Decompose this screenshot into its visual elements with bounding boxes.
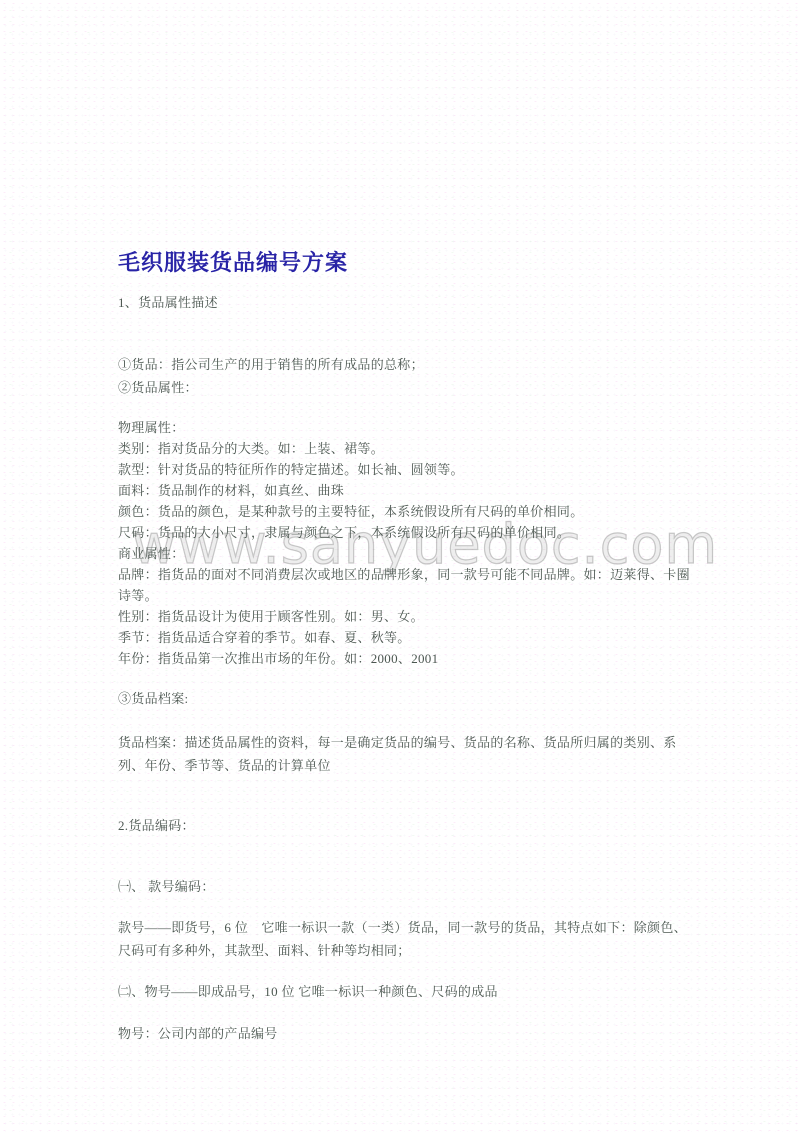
section-heading-product-attributes: 1、货品属性描述 (118, 292, 698, 313)
doc-line-gender: 性别：指货品设计为使用于顾客性别。如：男、女。 (118, 606, 698, 627)
doc-paragraph-style-number: 款号——即货号，6 位 它唯一标识一款（一类）货品，同一款号的货品，其特点如下：… (118, 916, 698, 962)
doc-line-product-archive-heading: ③货品档案: (118, 688, 698, 709)
document-body: 毛织服装货品编号方案 1、货品属性描述 ①货品：指公司生产的用于销售的所有成品的… (118, 248, 698, 1044)
doc-line-category: 类别：指对货品分的大类。如：上装、裙等。 (118, 438, 698, 459)
doc-line-year: 年份：指货品第一次推出市场的年份。如：2000、2001 (118, 648, 698, 669)
doc-line-commercial-attributes: 商业属性： (118, 543, 698, 564)
doc-line-item-number: ㈡、物号——即成品号，10 位 它唯一标识一种颜色、尺码的成品 (118, 981, 698, 1002)
doc-line-item-number-definition: 物号：公司内部的产品编号 (118, 1023, 698, 1044)
doc-line-season: 季节：指货品适合穿着的季节。如春、夏、秋等。 (118, 627, 698, 648)
doc-line-brand: 品牌：指货品的面对不同消费层次或地区的品牌形象，同一款号可能不同品牌。如：迈莱得… (118, 564, 698, 606)
doc-line-item-definition: ①货品：指公司生产的用于销售的所有成品的总称； (118, 353, 698, 376)
doc-line-style: 款型：针对货品的特征所作的特定描述。如长袖、圆领等。 (118, 459, 698, 480)
scanned-document-page: { "doc": { "title": "毛织服装货品编号方案", "water… (0, 0, 800, 1132)
doc-line-style-number-coding: ㈠、 款号编码： (118, 876, 698, 897)
doc-line-item-attributes: ②货品属性： (118, 376, 698, 399)
doc-line-color: 颜色：货品的颜色，是某种款号的主要特征，本系统假设所有尺码的单价相同。 (118, 501, 698, 522)
doc-paragraph-product-archive: 货品档案：描述货品属性的资料，每一是确定货品的编号、货品的名称、货品所归属的类别… (118, 731, 698, 777)
doc-line-physical-attributes: 物理属性： (118, 417, 698, 438)
doc-line-size: 尺码：货品的大小尺寸，隶属与颜色之下，本系统假设所有尺码的单价相同。 (118, 522, 698, 543)
document-title: 毛织服装货品编号方案 (118, 248, 698, 278)
section-heading-product-coding: 2.货品编码： (118, 815, 698, 836)
doc-line-fabric: 面料：货品制作的材料，如真丝、曲珠 (118, 480, 698, 501)
